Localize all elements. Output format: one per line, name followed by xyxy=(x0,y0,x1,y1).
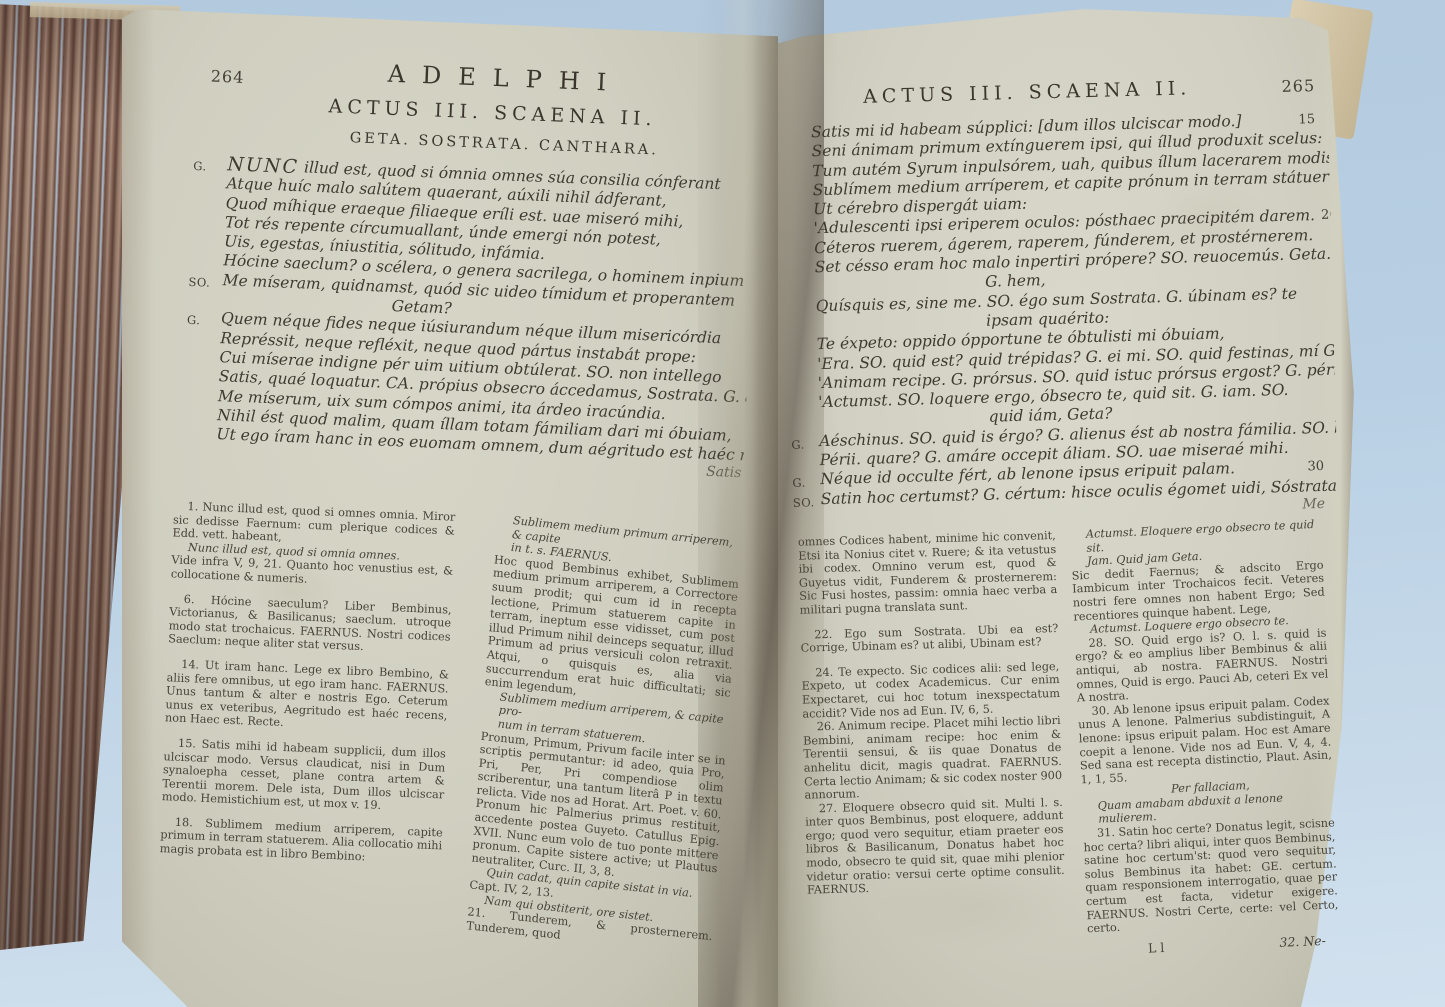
speaker-label xyxy=(188,289,223,310)
line-number: 30 xyxy=(1301,457,1324,477)
speaker-label: G. xyxy=(791,432,819,452)
speaker-label xyxy=(785,200,813,220)
footnote-paragraph: 26. Animum recipe. Placet mihi lectio li… xyxy=(803,714,1063,802)
speaker-label xyxy=(192,173,227,194)
verse-block: Satis mi id habeam súpplici: [dum illos … xyxy=(783,110,1325,526)
speaker-label xyxy=(787,297,815,317)
right-page-content: ACTUS III. SCAENA II. 265 Satis mi id ha… xyxy=(782,74,1351,993)
speaker-label xyxy=(783,143,811,163)
speaker-label xyxy=(184,366,219,387)
speaker-label: SO. xyxy=(793,490,821,510)
speaker-label xyxy=(790,393,818,413)
speaker-label xyxy=(184,385,219,406)
footnotes-column-2: Sublimem medium primum arriperem, & capi… xyxy=(466,512,742,957)
speaker-label xyxy=(786,239,814,259)
footnote-paragraph: 15. Satis mihi id habeam supplicii, dum … xyxy=(162,736,447,815)
footnotes-column-2: Actumst. Eloquere ergo obsecro te quid s… xyxy=(1070,518,1340,958)
speaker-label xyxy=(182,424,217,445)
footnote-paragraph: 14. Ut iram hanc. Lege ex libro Bembino,… xyxy=(165,657,450,736)
speaker-label xyxy=(185,347,220,368)
speaker-label xyxy=(183,405,218,426)
speaker-label xyxy=(784,181,812,201)
speaker-label: SO. xyxy=(188,270,223,291)
verse-block: G. NUNC illud est, quod si ómnia omnes s… xyxy=(181,154,753,482)
speaker-label xyxy=(792,451,820,471)
speaker-label xyxy=(787,278,815,298)
footnote-paragraph: 18. Sublimem medium arriperem, capite pr… xyxy=(160,815,443,867)
speaker-label: G. xyxy=(792,470,820,490)
footnote-paragraph: 22. Ego sum Sostrata. Ubi ea est? Corrig… xyxy=(800,622,1059,656)
book-photo: 264 ADELPHI ACTUS III. SCAENA II. GETA. … xyxy=(0,0,1445,1007)
footnote-paragraph: 30. Ab lenone ipsus eripuit palam. Codex… xyxy=(1077,694,1332,786)
footnote-paragraph: Pronum, Primum, Privum facile inter se i… xyxy=(471,729,726,889)
speaker-label xyxy=(191,192,226,213)
speaker-label xyxy=(189,250,224,271)
footnote-paragraph: 6. Hócine saeculum? Liber Bembinus, Vict… xyxy=(168,592,452,658)
footnotes-column-1: 1. Nunc illud est, quod si omnes omnia. … xyxy=(160,499,456,867)
line-number: 15 xyxy=(1292,110,1315,130)
speaker-label xyxy=(190,231,225,252)
speaker-label xyxy=(786,258,814,278)
page-catchword: 32. Ne- xyxy=(1279,934,1326,950)
footnote-paragraph: 31. Satin hoc certe? Donatus legit, scis… xyxy=(1083,816,1340,936)
footnote-paragraph: omnes Codices habent, minime hic conveni… xyxy=(798,529,1058,617)
speaker-label xyxy=(783,123,811,143)
footnotes-column-1: omnes Codices habent, minime hic conveni… xyxy=(798,529,1065,897)
footnote-paragraph: Hoc quod Bembinus exhibet, Sublimem medi… xyxy=(484,553,739,713)
speaker-label xyxy=(788,335,816,355)
speaker-label: G. xyxy=(187,308,222,329)
speaker-label xyxy=(186,327,221,348)
footnote-paragraph: 24. Te expecto. Sic codices alii: sed le… xyxy=(801,660,1060,721)
speaker-label xyxy=(791,413,819,433)
speaker-label xyxy=(784,162,812,182)
speaker-label xyxy=(790,374,818,394)
speaker-label xyxy=(785,220,813,240)
speaker-label xyxy=(788,316,816,336)
footnote-paragraph: 28. SO. Quid ergo is? O. l. s. quid is e… xyxy=(1074,626,1329,705)
speaker-label xyxy=(191,212,226,233)
page-number: 265 xyxy=(1281,76,1315,96)
signature-mark: L l xyxy=(1148,941,1165,955)
footnote-paragraph: 27. Eloquere obsecro quid sit. Multi l. … xyxy=(805,796,1065,898)
speaker-label xyxy=(789,355,817,375)
left-page-content: 264 ADELPHI ACTUS III. SCAENA II. GETA. … xyxy=(111,46,760,1000)
speaker-label: G. xyxy=(193,154,228,175)
